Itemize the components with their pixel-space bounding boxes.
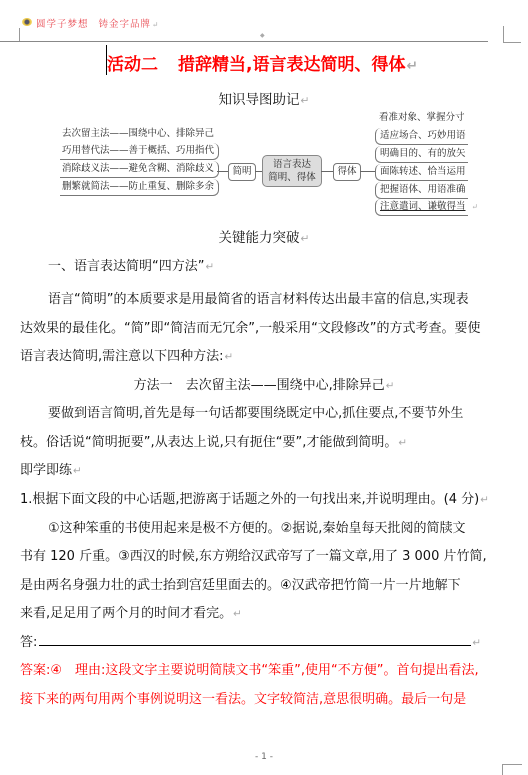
paragraph-mark-icon: ↵ bbox=[398, 437, 407, 449]
mind-map-center-node: 语言表达 简明、得体 bbox=[262, 155, 322, 187]
question-1[interactable]: 1.根据下面文段的中心话题,把游离于话题之外的一句找出来,并说明理由。(4 分)… bbox=[20, 486, 508, 514]
answer-line[interactable]: 答案:④ 理由:这段文字主要说明简牍文书“笨重”,使用“不方便”。首句提出看法, bbox=[20, 657, 508, 685]
connector-line bbox=[255, 171, 262, 172]
paragraph-mark-icon: ↵ bbox=[233, 608, 242, 620]
connector-line bbox=[321, 171, 333, 172]
mind-map-right-item: 明确目的、有的放矢 bbox=[375, 146, 468, 163]
body-line[interactable]: 语言“简明”的本质要求是用最简省的语言材料传达出最丰富的信息,实现表 bbox=[20, 286, 528, 314]
method-title[interactable]: 方法一 去次留主法——围绕中心,排除异己↵ bbox=[20, 372, 508, 400]
passage-line[interactable]: 书有 120 斤重。③西汉的时候,东方朔给汉武帝写了一篇文章,用了 3 000 … bbox=[20, 543, 508, 571]
practice-label[interactable]: 即学即练↵ bbox=[20, 457, 508, 485]
mind-map-left-item: 去次留主法——围绕中心、排除异己 bbox=[60, 126, 218, 142]
body-line[interactable]: 达效果的最佳化。“简”即“简洁而无冗余”,一般采用“文段修改”的方式考查。要使 bbox=[20, 315, 508, 343]
crop-mark-bottom-right-horizontal bbox=[502, 764, 522, 765]
body-line[interactable]: 语言表达简明,需注意以下四种方法:↵ bbox=[20, 343, 508, 371]
mind-map-right-item: 看准对象、掌握分寸 bbox=[375, 110, 467, 126]
section-heading[interactable]: 一、语言表达简明“四方法”↵ bbox=[20, 253, 528, 281]
mind-map-right-item: 适应场合、巧妙用语 bbox=[375, 128, 468, 145]
mind-map-right-item: 注意遣词、谦敬得当↵ bbox=[375, 199, 468, 216]
connector-line bbox=[360, 171, 376, 172]
paragraph-mark-icon: ↵ bbox=[472, 637, 481, 649]
paragraph-mark-icon: ↵ bbox=[300, 232, 309, 245]
paragraph-mark-icon: ↵ bbox=[205, 261, 214, 273]
body-line[interactable]: 枝。俗话说“简明扼要”,从表达上说,只有扼住“要”,才能做到简明。↵ bbox=[20, 429, 508, 457]
crop-mark-bottom-right-vertical bbox=[502, 764, 503, 775]
mind-map-left-item: 消除歧义法——避免含糊、消除歧义 bbox=[60, 161, 219, 178]
paragraph-mark-icon: ↵ bbox=[386, 380, 395, 392]
mind-map-left-item: 删繁就简法——防止重复、删除多余 bbox=[60, 179, 219, 196]
body-line[interactable]: 要做到语言简明,首先是每一句话都要围绕既定中心,抓住要点,不要节外生 bbox=[20, 400, 528, 428]
mind-map-right-item: 面陈转述、恰当运用 bbox=[375, 164, 468, 181]
mind-map-right-item: 把握语体、用语准确 bbox=[375, 182, 468, 199]
mind-map-branch-appropriate: 得体 bbox=[333, 163, 361, 181]
passage-line[interactable]: 是由两名身强力壮的武士抬到宫廷里面去的。④汉武帝把竹简一片一片地解下 bbox=[20, 572, 508, 600]
paragraph-mark-icon: ↵ bbox=[73, 465, 82, 477]
mind-map: 去次留主法——围绕中心、排除异己 巧用替代法——善于概括、巧用指代 消除歧义法—… bbox=[0, 0, 528, 230]
mind-map-branch-concise: 简明 bbox=[228, 163, 256, 181]
paragraph-mark-icon: ↵ bbox=[472, 202, 478, 211]
answer-blank[interactable]: 答:↵ bbox=[20, 629, 508, 657]
answer-line[interactable]: 接下来的两句用两个事例说明这一看法。文字较简洁,意思很明确。最后一句是 bbox=[20, 686, 508, 714]
paragraph-mark-icon: ↵ bbox=[480, 494, 489, 506]
page-number: - 1 - bbox=[0, 752, 528, 762]
passage-line[interactable]: ①这种笨重的书使用起来是极不方便的。②据说,秦始皇每天批阅的简牍文 bbox=[20, 515, 528, 543]
mind-map-left-item: 巧用替代法——善于概括、巧用指代 bbox=[60, 143, 219, 160]
key-ability-title[interactable]: 关键能力突破↵ bbox=[0, 226, 528, 246]
paragraph-mark-icon: ↵ bbox=[225, 351, 234, 363]
answer-underline[interactable] bbox=[39, 631, 471, 646]
document-page: 圆学子梦想铸金字品牌↵ ◆ 活动二措辞精当,语言表达简明、得体↵ 知识导图助记↵… bbox=[0, 0, 528, 775]
passage-line[interactable]: 来看,足足用了两个月的时间才看完。↵ bbox=[20, 600, 508, 628]
